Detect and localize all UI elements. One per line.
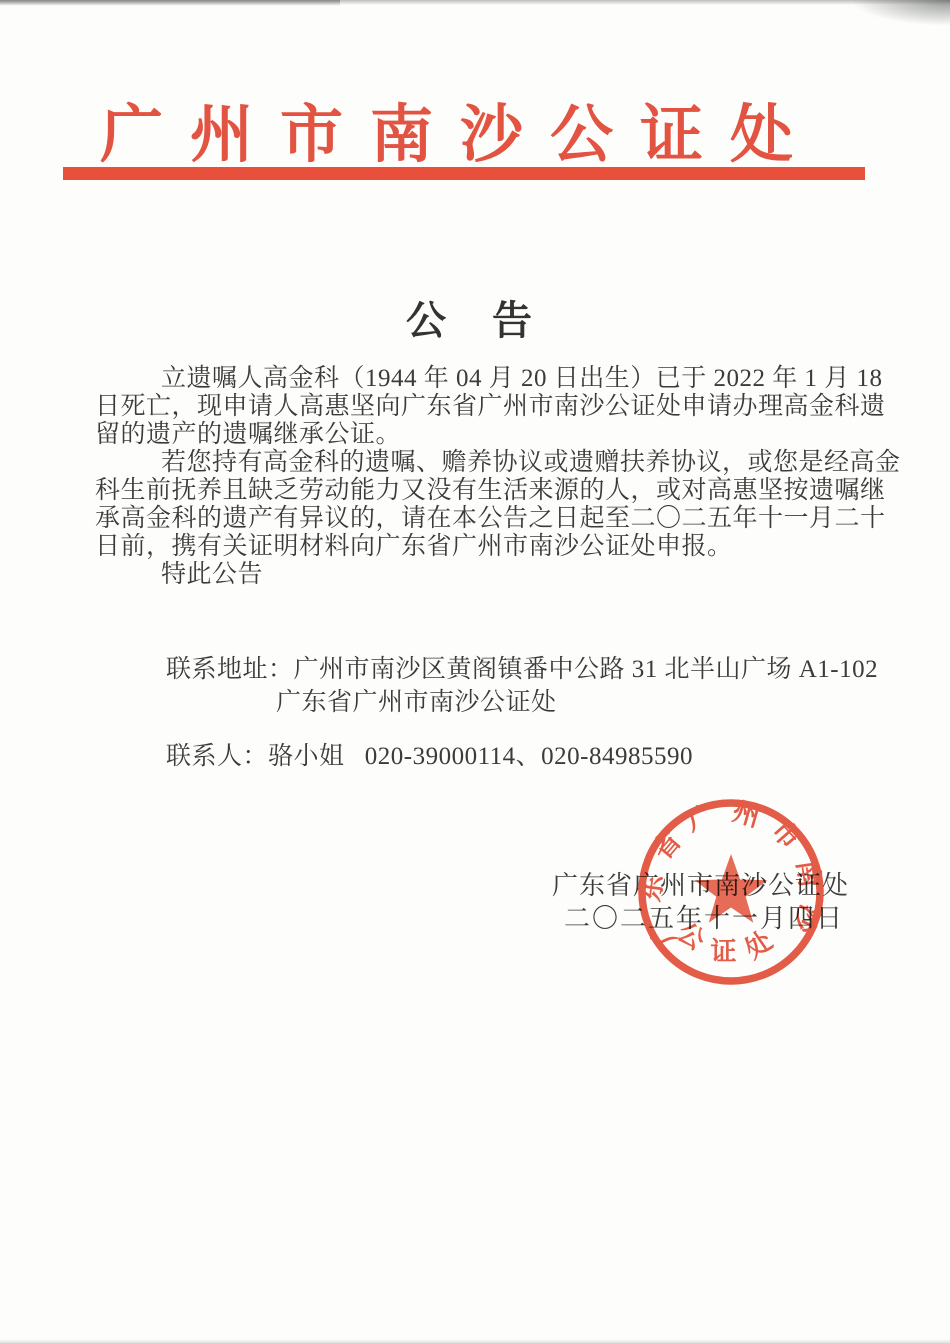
contact-person-line: 联系人：骆小姐 020-39000114、020-84985590 <box>166 736 693 772</box>
scan-edge-artifact-bottom <box>0 1339 950 1343</box>
body-line-closing: 特此公告 <box>95 561 885 589</box>
body-line: 日死亡，现申请人高惠坚向广东省广州市南沙公证处申请办理高金科遗 <box>95 393 885 421</box>
body-line: 科生前抚养且缺乏劳动能力又没有生活来源的人，或对高惠坚按遗嘱继 <box>95 477 885 505</box>
letterhead-title: 广州市南沙公证处 <box>100 84 820 175</box>
letterhead-divider-rule <box>63 167 865 180</box>
seal-bottom-text: 公证处 <box>672 917 790 966</box>
body-line: 日前，携有关证明材料向广东省广州市南沙公证处申报。 <box>95 533 885 561</box>
notice-body: 立遗嘱人高金科（1944 年 04 月 20 日出生）已于 2022 年 1 月… <box>95 365 885 589</box>
contact-address-line2: 广东省广州市南沙公证处 <box>276 682 557 718</box>
contact-address-line1: 联系地址：广州市南沙区黄阁镇番中公路 31 北半山广场 A1-102 <box>166 649 878 685</box>
seal-star <box>695 854 767 923</box>
body-line: 若您持有高金科的遗嘱、赡养协议或遗赠扶养协议，或您是经高金 <box>95 449 885 477</box>
body-line: 留的遗产的遗嘱继承公证。 <box>95 421 885 449</box>
official-seal: 广东省广州市南沙 公证处 <box>631 792 831 992</box>
svg-text:公证处: 公证处 <box>672 917 790 966</box>
notice-title: 公告 <box>406 289 578 346</box>
body-line: 承高金科的遗产有异议的，请在本公告之日起至二〇二五年十一月二十 <box>95 505 885 533</box>
scan-edge-artifact-top-right <box>850 0 950 26</box>
scanned-notice-page: 广州市南沙公证处 公告 立遗嘱人高金科（1944 年 04 月 20 日出生）已… <box>0 0 950 1343</box>
body-line: 立遗嘱人高金科（1944 年 04 月 20 日出生）已于 2022 年 1 月… <box>95 365 885 393</box>
scan-edge-artifact-top-left <box>0 0 340 6</box>
